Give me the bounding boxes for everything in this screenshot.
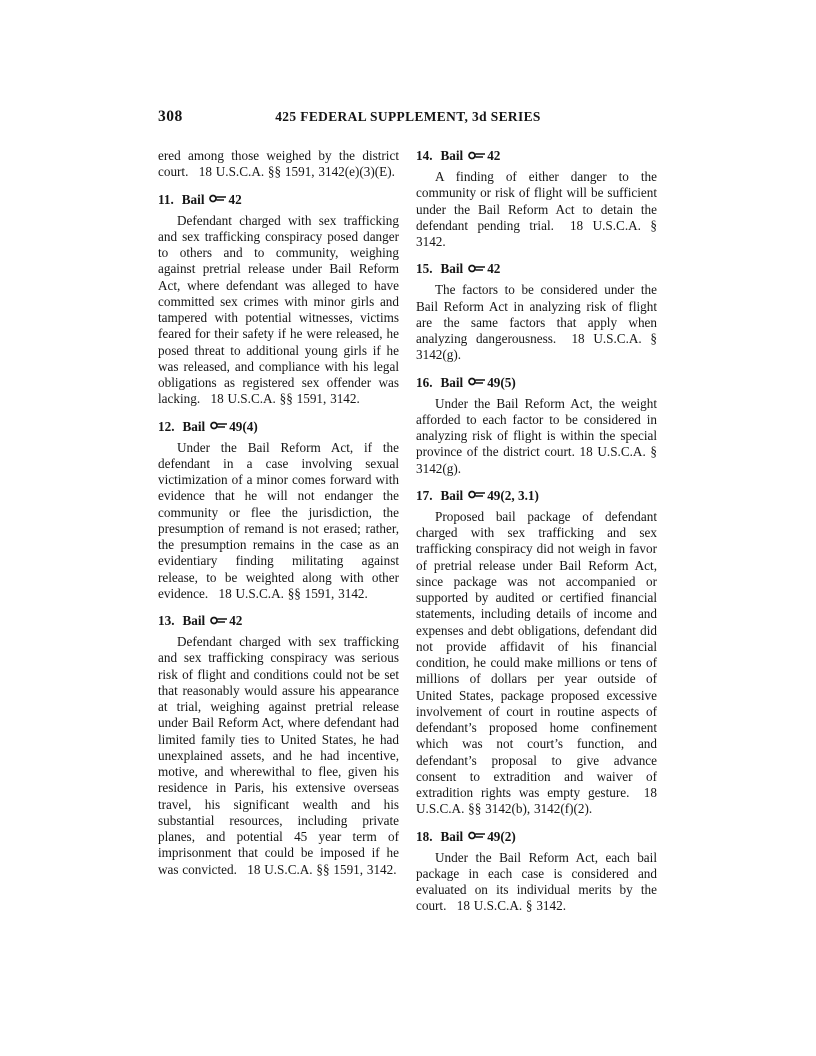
headnote-topic: Bail xyxy=(182,613,205,628)
headnote-17: 17.Bail49(2, 3.1) Proposed bail package … xyxy=(416,488,657,818)
key-number-icon xyxy=(210,419,228,435)
headnote-number: 16. xyxy=(416,375,432,390)
headnote-number: 13. xyxy=(158,613,174,628)
headnote-key: 49(4) xyxy=(229,419,258,434)
key-number-icon xyxy=(210,613,228,629)
headnote-heading: 14.Bail42 xyxy=(416,148,657,164)
headnote-text: Defendant charged with sex trafficking a… xyxy=(158,634,399,878)
headnote-text: Under the Bail Reform Act, each bail pac… xyxy=(416,850,657,915)
headnote-text: Defendant charged with sex trafficking a… xyxy=(158,213,399,408)
headnote-topic: Bail xyxy=(182,419,205,434)
headnote-key: 49(5) xyxy=(487,375,516,390)
left-column: ered among those weighed by the district… xyxy=(158,148,399,915)
headnote-key: 42 xyxy=(487,261,500,276)
headnote-key: 49(2) xyxy=(487,829,516,844)
headnote-number: 17. xyxy=(416,488,432,503)
headnote-key: 42 xyxy=(228,192,241,207)
key-number-icon xyxy=(209,192,227,208)
headnote-15: 15.Bail42 The factors to be considered u… xyxy=(416,261,657,363)
headnote-number: 14. xyxy=(416,148,432,163)
headnote-key: 42 xyxy=(487,148,500,163)
headnote-11: 11.Bail42 Defendant charged with sex tra… xyxy=(158,192,399,408)
key-number-icon xyxy=(468,261,486,277)
headnote-text: A finding of either danger to the commun… xyxy=(416,169,657,250)
reporter-page: 308 425 FEDERAL SUPPLEMENT, 3d SERIES er… xyxy=(0,0,816,1056)
right-column: 14.Bail42 A finding of either danger to … xyxy=(416,148,657,915)
headnote-text: The factors to be considered under the B… xyxy=(416,282,657,363)
key-number-icon xyxy=(468,829,486,845)
headnote-18: 18.Bail49(2) Under the Bail Reform Act, … xyxy=(416,829,657,915)
headnote-topic: Bail xyxy=(440,261,463,276)
headnote-number: 15. xyxy=(416,261,432,276)
page-number: 308 xyxy=(158,108,183,126)
two-column-layout: ered among those weighed by the district… xyxy=(158,148,658,915)
headnote-heading: 12.Bail49(4) xyxy=(158,419,399,435)
headnote-topic: Bail xyxy=(440,829,463,844)
headnote-heading: 11.Bail42 xyxy=(158,192,399,208)
headnote-heading: 18.Bail49(2) xyxy=(416,829,657,845)
continuation-paragraph: ered among those weighed by the district… xyxy=(158,148,399,181)
headnote-heading: 17.Bail49(2, 3.1) xyxy=(416,488,657,504)
headnote-13: 13.Bail42 Defendant charged with sex tra… xyxy=(158,613,399,878)
headnote-text: Under the Bail Reform Act, the weight af… xyxy=(416,396,657,477)
headnote-topic: Bail xyxy=(182,192,205,207)
headnote-14: 14.Bail42 A finding of either danger to … xyxy=(416,148,657,250)
headnote-12: 12.Bail49(4) Under the Bail Reform Act, … xyxy=(158,419,399,603)
headnote-heading: 16.Bail49(5) xyxy=(416,375,657,391)
headnote-number: 12. xyxy=(158,419,174,434)
headnote-topic: Bail xyxy=(440,488,463,503)
headnote-topic: Bail xyxy=(440,148,463,163)
key-number-icon xyxy=(468,488,486,504)
running-title: 425 FEDERAL SUPPLEMENT, 3d SERIES xyxy=(275,109,541,125)
headnote-topic: Bail xyxy=(440,375,463,390)
headnote-number: 11. xyxy=(158,192,174,207)
key-number-icon xyxy=(468,375,486,391)
key-number-icon xyxy=(468,148,486,164)
headnote-heading: 15.Bail42 xyxy=(416,261,657,277)
headnote-text: Under the Bail Reform Act, if the defend… xyxy=(158,440,399,603)
headnote-number: 18. xyxy=(416,829,432,844)
running-head: 308 425 FEDERAL SUPPLEMENT, 3d SERIES xyxy=(158,108,658,126)
headnote-key: 42 xyxy=(229,613,242,628)
headnote-16: 16.Bail49(5) Under the Bail Reform Act, … xyxy=(416,375,657,477)
headnote-key: 49(2, 3.1) xyxy=(487,488,539,503)
headnote-text: Proposed bail package of defendant charg… xyxy=(416,509,657,818)
headnote-heading: 13.Bail42 xyxy=(158,613,399,629)
